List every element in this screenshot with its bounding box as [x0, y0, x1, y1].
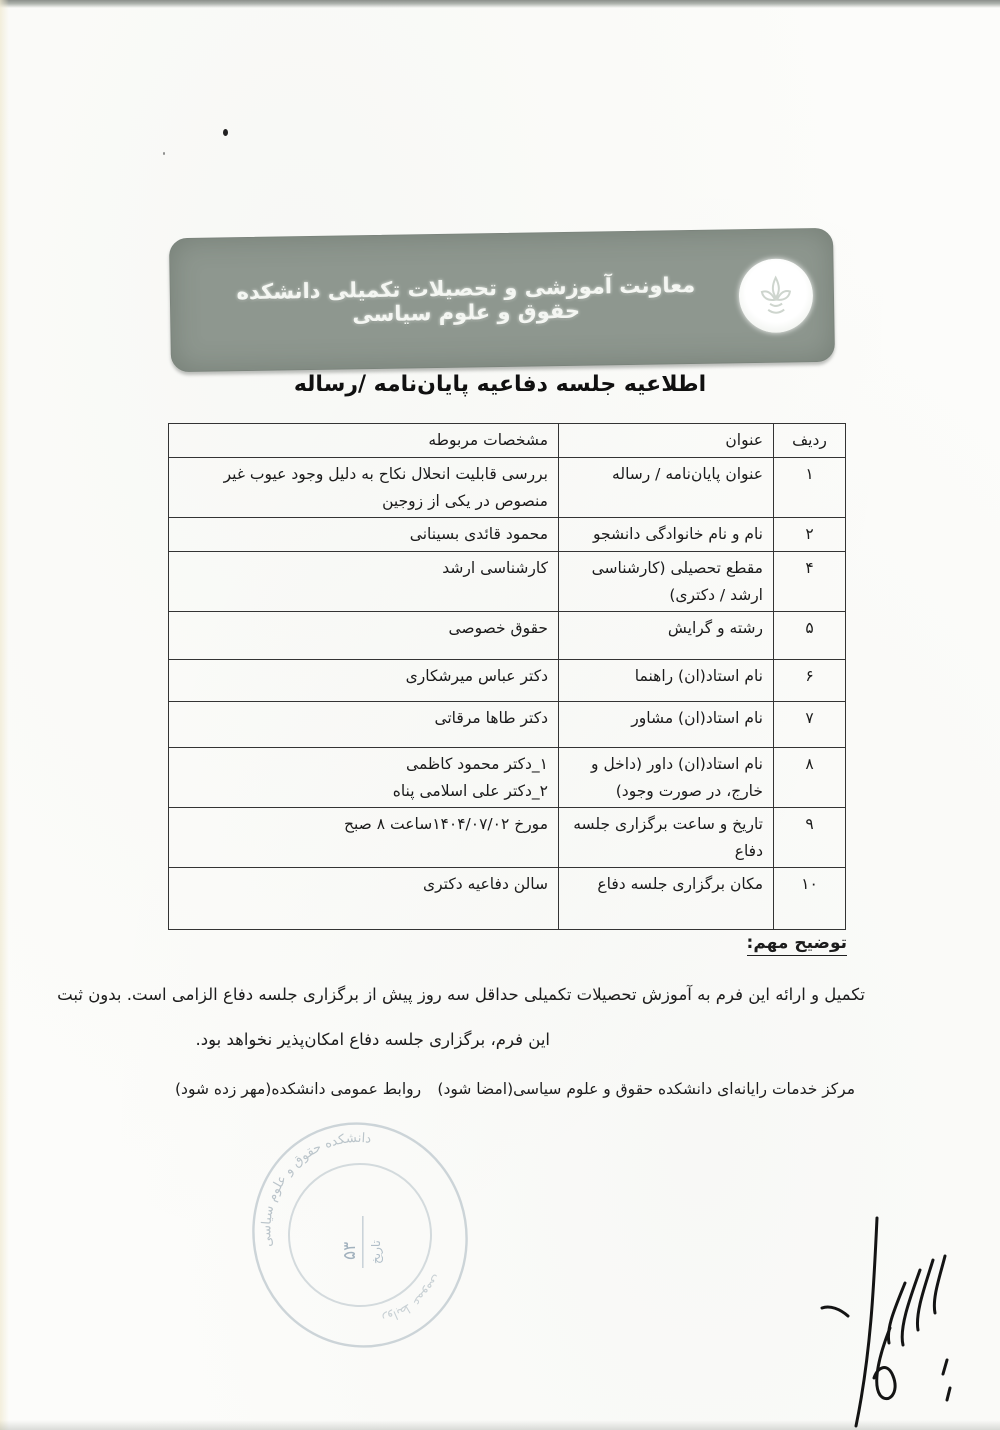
svg-text:دانشکده حقوق و علوم سیاسی: دانشکده حقوق و علوم سیاسی [235, 1122, 397, 1250]
row-number: ۱ [774, 458, 846, 518]
important-note-heading: توضیح مهم: [747, 933, 847, 956]
faculty-header-banner: معاونت آموزشی و تحصیلات تکمیلی دانشکده ح… [169, 228, 835, 372]
header-row-number: ردیف [774, 424, 846, 458]
university-emblem-icon [738, 258, 813, 333]
svg-text:روابط عمومی: روابط عمومی [373, 1269, 453, 1326]
row-value: محمود قائدی بسینانی [169, 518, 559, 552]
table-row: ۴ مقطع تحصیلی (کارشناسی ارشد / دکتری) کا… [169, 552, 846, 612]
table-row: ۷ نام استاد(ان) مشاور دکتر طاها مرقاتی [169, 702, 846, 748]
row-number: ۸ [774, 748, 846, 808]
scan-artifact-top-edge [0, 0, 1000, 8]
table-row: ۵ رشته و گرایش حقوق خصوصی [169, 612, 846, 660]
row-label: مقطع تحصیلی (کارشناسی ارشد / دکتری) [559, 552, 774, 612]
row-value: دکتر عباس میرشکاری [169, 660, 559, 702]
row-value: سالن دفاعیه دکتری [169, 868, 559, 930]
row-label: مکان برگزاری جلسه دفاع [559, 868, 774, 930]
row-label: نام استاد(ان) راهنما [559, 660, 774, 702]
row-value: بررسی قابلیت انحلال نکاح به دلیل وجود عی… [169, 458, 559, 518]
faculty-banner-title: معاونت آموزشی و تحصیلات تکمیلی دانشکده ح… [171, 272, 740, 329]
header-title: عنوان [559, 424, 774, 458]
scanned-defense-announcement-form: معاونت آموزشی و تحصیلات تکمیلی دانشکده ح… [0, 0, 1000, 1430]
header-details: مشخصات مربوطه [169, 424, 559, 458]
row-number: ۲ [774, 518, 846, 552]
table-row: ۱۰ مکان برگزاری جلسه دفاع سالن دفاعیه دک… [169, 868, 846, 930]
ink-speck-small [163, 152, 165, 155]
row-value: ۱_دکتر محمود کاظمی ۲_دکتر علی اسلامی پنا… [169, 748, 559, 808]
row-value: مورخ ۱۴۰۴/۰۷/۰۲ساعت ۸ صبح [169, 808, 559, 868]
row-number: ۴ [774, 552, 846, 612]
table-row: ۸ نام استاد(ان) داور (داخل و خارج، در صو… [169, 748, 846, 808]
public-relations-stamp-caption: روابط عمومی دانشکده(مهر زده شود) [175, 1080, 421, 1098]
table-row: ۹ تاریخ و ساعت برگزاری جلسه دفاع مورخ ۱۴… [169, 808, 846, 868]
table-row: ۱ عنوان پایان‌نامه / رساله بررسی قابلیت … [169, 458, 846, 518]
table-header-row: ردیف عنوان مشخصات مربوطه [169, 424, 846, 458]
row-number: ۷ [774, 702, 846, 748]
row-label: رشته و گرایش [559, 612, 774, 660]
page-title: اطلاعیه جلسه دفاعیه پایان‌نامه /رساله [0, 372, 1000, 397]
row-number: ۱۰ [774, 868, 846, 930]
row-number: ۶ [774, 660, 846, 702]
table-row: ۶ نام استاد(ان) راهنما دکتر عباس میرشکار… [169, 660, 846, 702]
row-value: دکتر طاها مرقاتی [169, 702, 559, 748]
row-label: نام استاد(ان) مشاور [559, 702, 774, 748]
row-number: ۵ [774, 612, 846, 660]
scan-artifact-left-edge [0, 0, 9, 1430]
row-label: نام استاد(ان) داور (داخل و خارج، در صورت… [559, 748, 774, 808]
row-number: ۹ [774, 808, 846, 868]
table-row: ۲ نام و نام خانوادگی دانشجو محمود قائدی … [169, 518, 846, 552]
defense-info-table: ردیف عنوان مشخصات مربوطه ۱ عنوان پایان‌ن… [168, 423, 846, 930]
important-note-line2: این فرم، برگزاری جلسه دفاع امکان‌پذیر نخ… [196, 1030, 551, 1049]
row-label: نام و نام خانوادگی دانشجو [559, 518, 774, 552]
handwritten-signature [810, 1213, 1000, 1430]
row-value: حقوق خصوصی [169, 612, 559, 660]
row-label: عنوان پایان‌نامه / رساله [559, 458, 774, 518]
important-note-line1: تکمیل و ارائه این فرم به آموزش تحصیلات ت… [57, 985, 865, 1004]
svg-text:۵۳: ۵۳ [340, 1242, 360, 1260]
ink-speck [223, 129, 228, 136]
row-value: کارشناسی ارشد [169, 552, 559, 612]
row-label: تاریخ و ساعت برگزاری جلسه دفاع [559, 808, 774, 868]
circular-stamp: دانشکده حقوق و علوم سیاسی روابط عمومی ۵۳… [235, 1115, 485, 1355]
it-center-signature-caption: مرکز خدمات رایانه‌ای دانشکده حقوق و علوم… [437, 1080, 855, 1098]
svg-text:تاریخ: تاریخ [369, 1240, 384, 1264]
